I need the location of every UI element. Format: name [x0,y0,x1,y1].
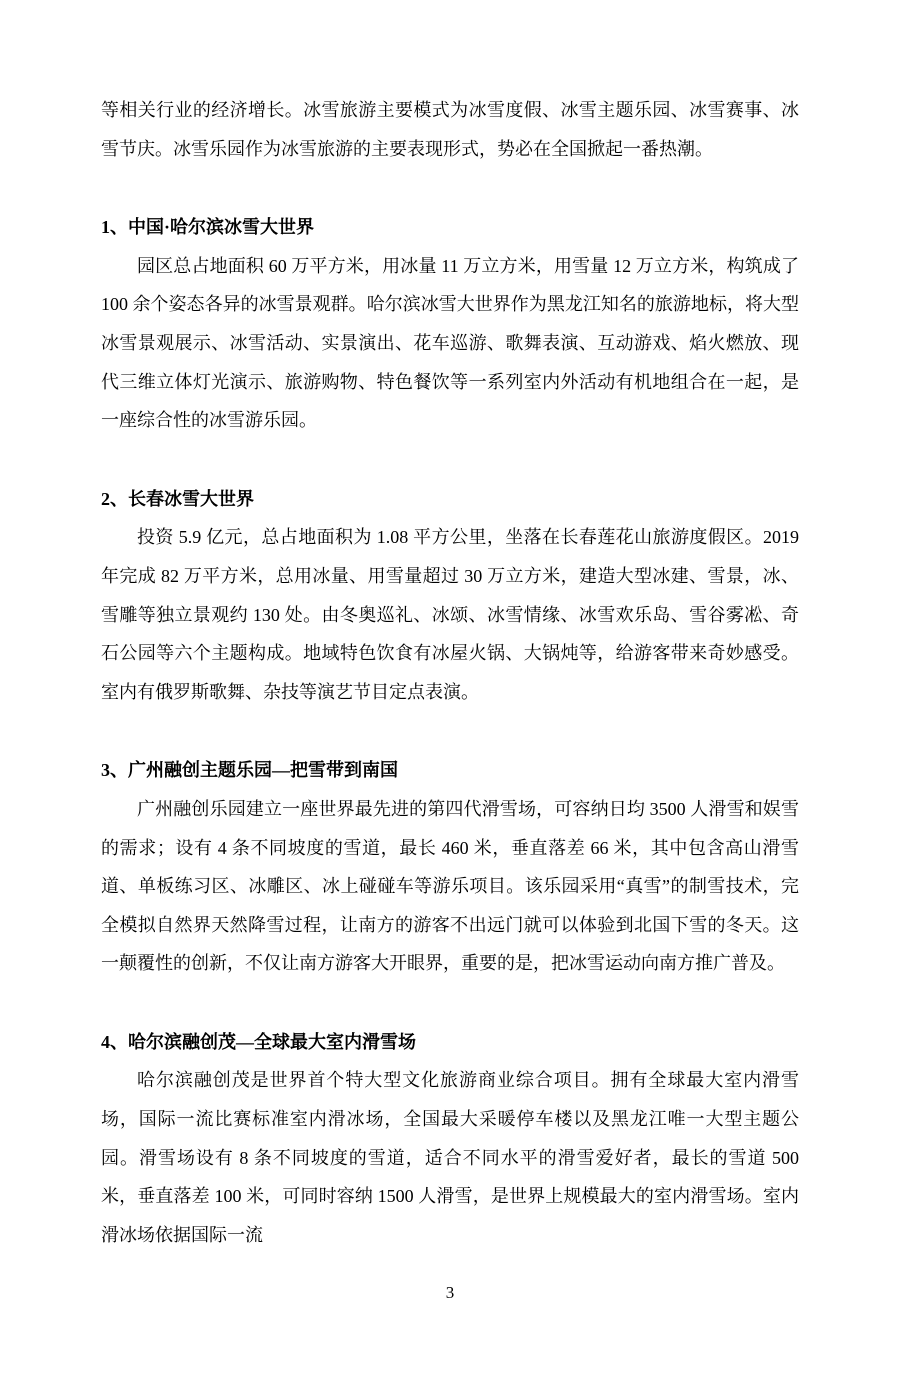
intro-paragraph: 等相关行业的经济增长。冰雪旅游主要模式为冰雪度假、冰雪主题乐园、冰雪赛事、冰雪节… [101,91,799,168]
section-4-body: 哈尔滨融创茂是世界首个特大型文化旅游商业综合项目。拥有全球最大室内滑雪场，国际一… [101,1061,799,1254]
section-1-heading: 1、中国·哈尔滨冰雪大世界 [101,208,799,247]
document-page: 等相关行业的经济增长。冰雪旅游主要模式为冰雪度假、冰雪主题乐园、冰雪赛事、冰雪节… [0,0,900,1400]
page-number: 3 [0,1282,900,1304]
section-1-body: 园区总占地面积 60 万平方米，用冰量 11 万立方米，用雪量 12 万立方米，… [101,247,799,440]
section-2-heading: 2、长春冰雪大世界 [101,480,799,519]
section-3-body: 广州融创乐园建立一座世界最先进的第四代滑雪场，可容纳日均 3500 人滑雪和娱雪… [101,790,799,983]
document-content: 等相关行业的经济增长。冰雪旅游主要模式为冰雪度假、冰雪主题乐园、冰雪赛事、冰雪节… [101,91,799,1254]
section-2-body: 投资 5.9 亿元，总占地面积为 1.08 平方公里，坐落在长春莲花山旅游度假区… [101,518,799,711]
section-3-heading: 3、广州融创主题乐园—把雪带到南国 [101,751,799,790]
section-4-heading: 4、哈尔滨融创茂—全球最大室内滑雪场 [101,1023,799,1062]
